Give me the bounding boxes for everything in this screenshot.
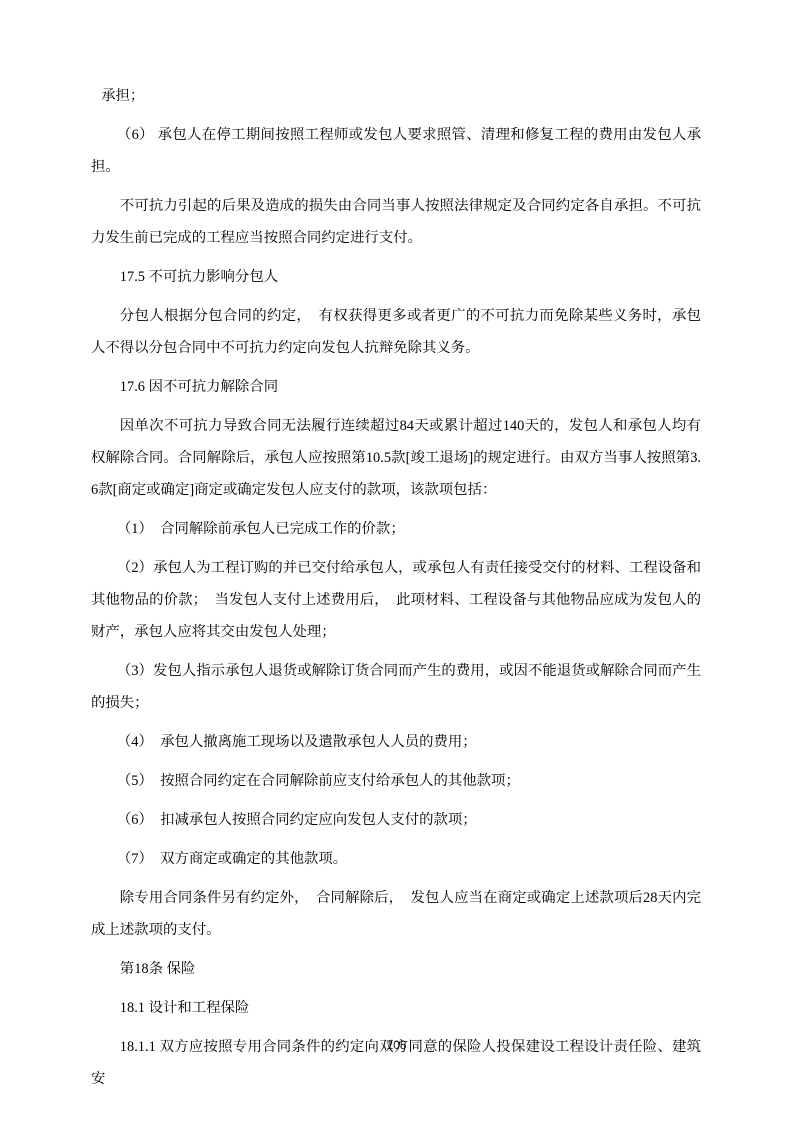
list-item-6-prev-clause: （6） 承包人在停工期间按照工程师或发包人要求照管、清理和修复工程的费用由发包人…: [91, 119, 701, 183]
paragraph-payment-deadline: 除专用合同条件另有约定外， 合同解除后， 发包人应当在商定或确定上述款项后28天…: [91, 882, 701, 946]
paragraph-clause-17-5-body: 分包人根据分包合同的约定， 有权获得更多或者更广的不可抗力而免除某些义务时，承包…: [91, 300, 701, 364]
paragraph-continuation: 承担；: [91, 80, 701, 112]
heading-clause-17-6: 17.6 因不可抗力解除合同: [91, 371, 701, 403]
page-number: 108: [0, 1038, 793, 1052]
paragraph-force-majeure-consequences: 不可抗力引起的后果及造成的损失由合同当事人按照法律规定及合同约定各自承担。不可抗…: [91, 190, 701, 254]
heading-clause-17-5: 17.5 不可抗力影响分包人: [91, 261, 701, 293]
heading-article-18: 第18条 保险: [91, 953, 701, 985]
paragraph-clause-17-6-intro: 因单次不可抗力导致合同无法履行连续超过84天或累计超过140天的，发包人和承包人…: [91, 410, 701, 506]
list-item-3: （3）发包人指示承包人退货或解除订货合同而产生的费用，或因不能退货或解除合同而产…: [91, 655, 701, 719]
list-item-4: （4） 承包人撤离施工现场以及遣散承包人人员的费用；: [91, 726, 701, 758]
heading-clause-18-1: 18.1 设计和工程保险: [91, 992, 701, 1024]
list-item-7: （7） 双方商定或确定的其他款项。: [91, 843, 701, 875]
list-item-2: （2）承包人为工程订购的并已交付给承包人，或承包人有责任接受交付的材料、工程设备…: [91, 552, 701, 648]
list-item-6: （6） 扣减承包人按照合同约定应向发包人支付的款项；: [91, 804, 701, 836]
list-item-5: （5） 按照合同约定在合同解除前应支付给承包人的其他款项；: [91, 765, 701, 797]
document-page: 承担； （6） 承包人在停工期间按照工程师或发包人要求照管、清理和修复工程的费用…: [0, 0, 793, 1122]
list-item-1: （1） 合同解除前承包人已完成工作的价款；: [91, 513, 701, 545]
document-body: 承担； （6） 承包人在停工期间按照工程师或发包人要求照管、清理和修复工程的费用…: [91, 80, 701, 1102]
